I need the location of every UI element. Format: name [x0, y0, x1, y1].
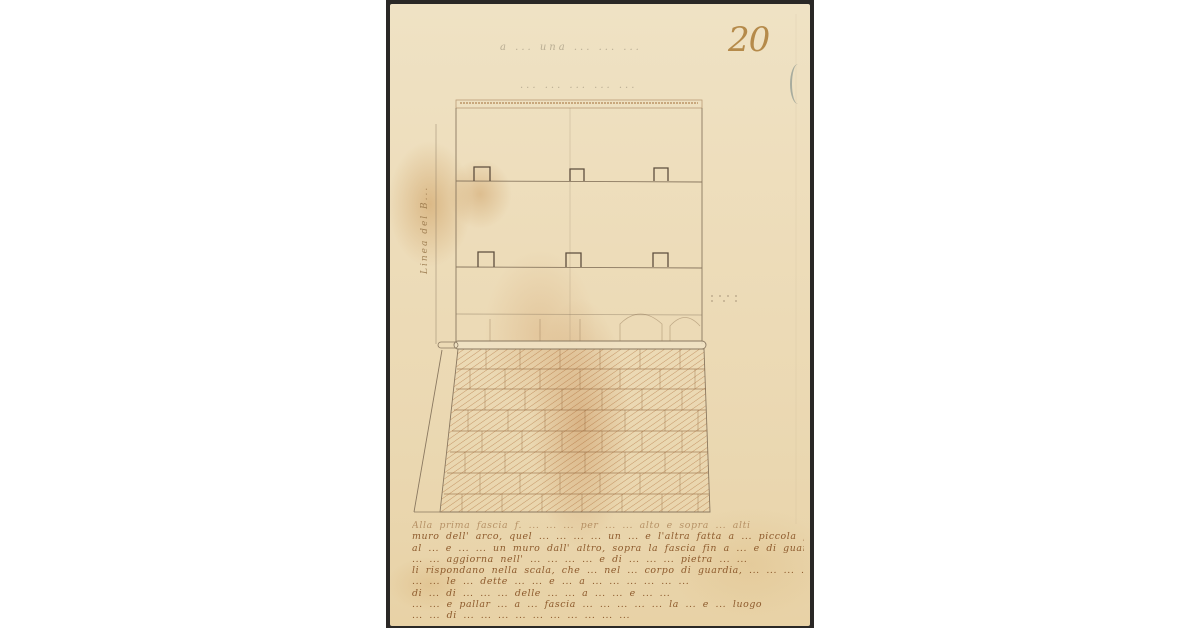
handwritten-text-block: Alla prima fascia f. ... ... ... per ...… — [412, 520, 804, 622]
top-cornice — [456, 100, 702, 108]
text-line: ... ... e pallar ... a ... fascia ... ..… — [412, 599, 804, 610]
text-line: li rispondano nella scala, che ... nel .… — [412, 565, 804, 576]
text-line: ... ... aggiorna nell' ... ... ... ... e… — [412, 554, 804, 565]
text-line: ... ... le ... dette ... ... e ... a ...… — [412, 576, 804, 587]
text-line: di ... di ... ... ... delle ... ... a ..… — [412, 588, 804, 599]
manuscript-page: 20 a ... una ... ... ... ... ... ... ...… — [390, 4, 810, 626]
torus-band — [438, 341, 706, 349]
battered-base — [414, 349, 710, 512]
text-line: al ... e ... ... un muro dall' altro, so… — [412, 543, 804, 554]
text-line: ... ... di ... ... ... ... ... ... ... .… — [412, 610, 804, 621]
text-line: muro dell' arco, quel ... ... ... ... un… — [412, 531, 804, 542]
text-line: Alla prima fascia f. ... ... ... per ...… — [412, 520, 804, 531]
